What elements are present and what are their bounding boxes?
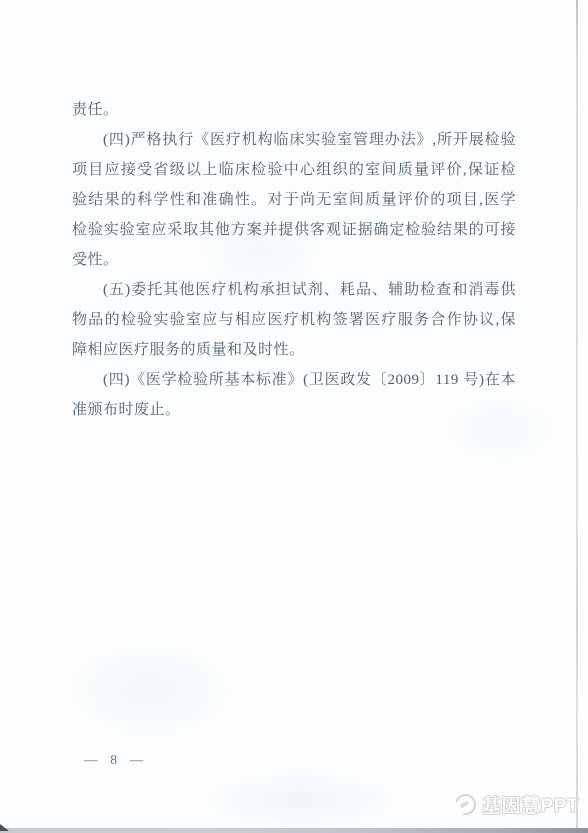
body-text: 责任。(四)严格执行《医疗机构临床实验室管理办法》,所开展检验项目应接受省级以上… bbox=[72, 95, 516, 425]
text-line: 责任。 bbox=[72, 95, 516, 125]
scan-edge-right bbox=[576, 0, 578, 833]
text-line: 准颁布时废止。 bbox=[72, 395, 516, 425]
text-line: (四)《医学检验所基本标准》(卫医政发〔2009〕119 号)在本标 bbox=[72, 365, 516, 395]
text-line: 物品的检验实验室应与相应医疗机构签署医疗服务合作协议,保 bbox=[72, 305, 516, 335]
page-number: — 8 — bbox=[84, 752, 145, 768]
watermark: 基因慧PPT bbox=[455, 791, 579, 818]
text-line: 检验实验室应采取其他方案并提供客观证据确定检验结果的可接 bbox=[72, 215, 516, 245]
text-line: 障相应医疗服务的质量和及时性。 bbox=[72, 335, 516, 365]
text-line: (五)委托其他医疗机构承担试剂、耗品、辅助检查和消毒供应 bbox=[72, 275, 516, 305]
text-line: 项目应接受省级以上临床检验中心组织的室间质量评价,保证检 bbox=[72, 155, 516, 185]
watermark-text: 基因慧PPT bbox=[482, 791, 579, 818]
document-page: 责任。(四)严格执行《医疗机构临床实验室管理办法》,所开展检验项目应接受省级以上… bbox=[0, 0, 588, 833]
text-line: 受性。 bbox=[72, 245, 516, 275]
text-line: 验结果的科学性和准确性。对于尚无室间质量评价的项目,医学 bbox=[72, 185, 516, 215]
text-line: (四)严格执行《医疗机构临床实验室管理办法》,所开展检验 bbox=[72, 125, 516, 155]
scan-edge-bottom bbox=[0, 828, 588, 833]
genehui-circle-logo-icon bbox=[451, 790, 480, 819]
